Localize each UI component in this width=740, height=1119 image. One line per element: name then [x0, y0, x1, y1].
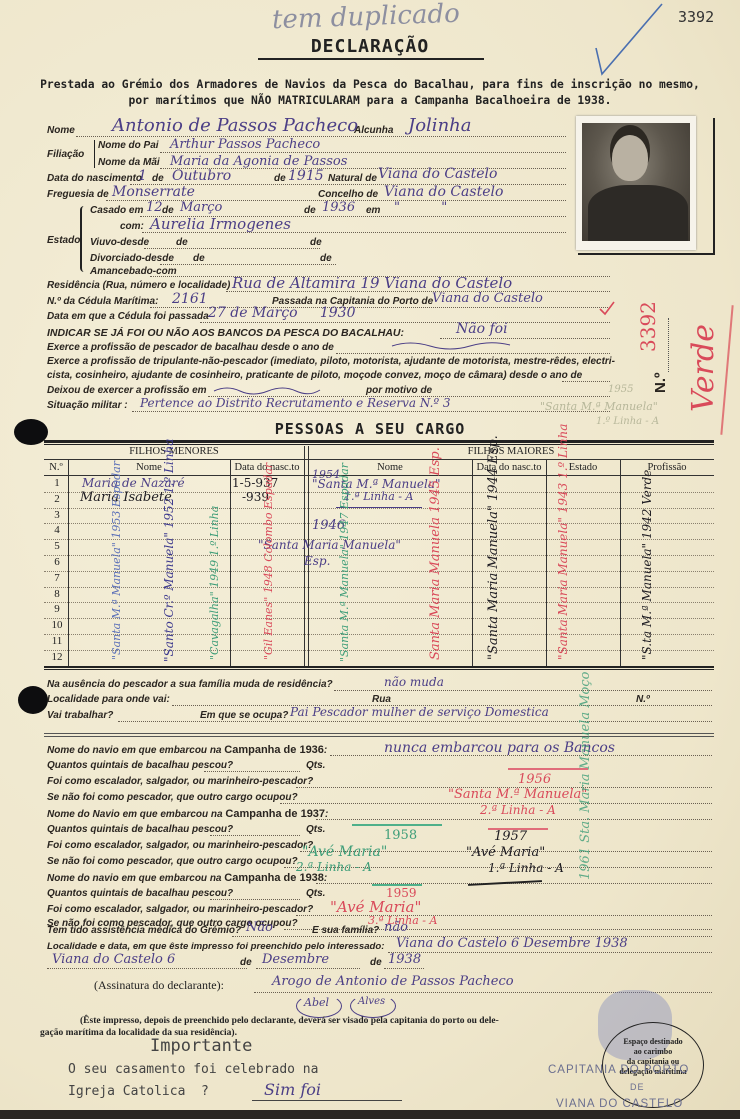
green-1958-ship: "Avé Maria" [302, 844, 387, 860]
de-label: de [193, 253, 205, 264]
concelho-label: Concelho de [318, 189, 378, 200]
stamp-text: Espaço destinado [603, 1037, 703, 1046]
pai-label: Nome do Pai [98, 140, 159, 151]
stamp-text: ao carimbo [603, 1047, 703, 1056]
qts-label: Qts. [306, 888, 325, 899]
green-vertical-note: 1961 Sta. Maria Manuela Moço [578, 672, 593, 880]
witness-2: Alves [358, 996, 385, 1007]
table-row-number: 9 [46, 603, 68, 615]
localidade-data-value: Viana do Castelo 6 Desembre 1938 [396, 936, 628, 951]
viuvo-label: Viuvo-desde [90, 237, 149, 248]
de-label: de [304, 205, 316, 216]
nascimento-label: Data do nascimento [47, 173, 142, 184]
ink-blot [18, 686, 48, 714]
stamp-de: DE [630, 1082, 645, 1092]
table-row-line [44, 571, 714, 572]
black-1957-line: 1.ª Linha - A [488, 861, 564, 875]
residencia-label: Residência (Rua, número e localidade) [47, 280, 230, 291]
escalador-label: Foi como escalador, salgador, ou marinhe… [47, 840, 313, 851]
navio1937-row: Nome do Navio em que embarcou na Campanh… [47, 808, 328, 820]
muda-value: não muda [384, 675, 444, 689]
red-1956-year: 1956 [518, 772, 551, 787]
casado-ano: 1936 [322, 200, 355, 215]
menor-2-nome: Maria Isabete [80, 490, 172, 505]
casado-em-value: " " [394, 200, 447, 215]
table-row-line [44, 602, 714, 603]
de-label: de [240, 957, 252, 968]
data-cedula-label: Data em que a Cédula foi passada [47, 311, 209, 322]
quintais-label: Quantos quintais de bacalhau pescou? [47, 888, 233, 899]
indicar-value: Não foi [456, 321, 508, 337]
navio-1936-label: Nome do navio em que embarcou na [47, 745, 221, 756]
maiores-line-1954: 1.ª Linha - A [344, 490, 413, 503]
table-row-number: 6 [46, 556, 68, 568]
divorciado-label: Divorciado-desde [90, 253, 174, 264]
table-row-line [44, 634, 714, 635]
witness-1: Abel [304, 996, 329, 1009]
mae-value: Maria da Agonia de Passos [170, 154, 347, 169]
assistencia-value: Não [246, 920, 273, 935]
qts-label: Qts. [306, 760, 325, 771]
vertical-note: "Cavagalha" 1949 1.º Linha [208, 506, 221, 660]
casado-label: Casado em [90, 205, 143, 216]
pai-value: Arthur Passos Pacheco [170, 137, 320, 152]
de-label: de [152, 173, 164, 184]
com-label: com: [120, 221, 144, 232]
cedula-value: 2161 [172, 291, 208, 307]
maiores-ship-1946: "Santa Maria Manuela" [258, 538, 401, 552]
black-1957-ship: "Avé Maria" [466, 845, 545, 860]
table-row-number: 5 [46, 540, 68, 552]
red-1956-ship: "Santa M.ª Manuela" [448, 787, 587, 802]
trabalhar-label: Vai trabalhar? [47, 710, 113, 721]
table-row-line [44, 650, 714, 651]
de-label: de [320, 253, 332, 264]
maiores-role-1946: Esp. [304, 554, 330, 568]
outro-cargo-label: Se não foi como pescador, que outro carg… [47, 792, 298, 803]
portrait-photo [576, 116, 696, 250]
pencil-note-ship: "Santa M.ª Manuela" [540, 400, 658, 413]
pencil-note-year: 1955 [608, 384, 633, 395]
side-number-label: N.º [652, 373, 669, 393]
rua-label: Rua [372, 694, 391, 705]
natural-label: Natural de [328, 173, 377, 184]
subtitle-line-2: por marítimos que NÃO MATRICULARAM para … [0, 94, 740, 107]
de-label: de [176, 237, 188, 248]
nome-value: Antonio de Passos Pacheco [112, 115, 358, 136]
residencia-value: Rua de Altamira 19 Viana do Castelo [232, 274, 512, 292]
table-row-number: 2 [46, 493, 68, 505]
red-1956-line: 2.ª Linha - A [480, 803, 556, 817]
red-check-icon [598, 300, 616, 316]
muda-label: Na ausência do pescador a sua família mu… [47, 679, 333, 690]
table-row-number: 10 [46, 619, 68, 631]
table-row-number: 1 [46, 477, 68, 489]
navio1937-label: Nome do Navio em que embarcou na [47, 809, 223, 820]
escalador-label: Foi como escalador, salgador, ou marinhe… [47, 904, 313, 915]
navio1937-campanha: Campanha de 1937 [225, 808, 325, 820]
scribble-dash [390, 338, 520, 352]
natural-value: Viana do Castelo [378, 166, 497, 182]
localidade-data-label: Localidade e data, em que êste impresso … [47, 941, 384, 952]
side-number: 3392 [636, 301, 660, 352]
motivo-label: por motivo de [366, 385, 432, 396]
filiacao-label: Filiação [47, 149, 84, 160]
freguesia-value: Monserrate [112, 184, 195, 200]
maiores-ship-1954: "Santa M.ª Manuela" [312, 477, 441, 491]
exerce-tripulante-label-1: Exerce a profissão de tripulante-não-pes… [47, 356, 615, 367]
importante-answer: Sim foi [264, 1080, 321, 1099]
verde-annotation: Verde [686, 324, 721, 412]
stamp-capitania: CAPITANIA DO PORTO [548, 1064, 689, 1076]
data-cedula-value: 27 de Março 1930 [208, 305, 356, 321]
ano-value: 1938 [388, 952, 421, 967]
section-title-dependents: PESSOAS A SEU CARGO [0, 420, 740, 438]
deixou-label: Deixou de exercer a profissão em [47, 385, 207, 396]
declaration-form: tem duplicado 3392 DECLARAÇÃO Prestada a… [0, 0, 740, 1110]
militar-label: Situação militar : [47, 400, 128, 411]
vertical-note: "Santa Maria Manuela" 1943 1.º Linha [556, 424, 570, 660]
de-label: de [370, 957, 382, 968]
local-value: Viana do Castelo 6 [52, 952, 175, 967]
militar-value: Pertence ao Distrito Recrutamento e Rese… [140, 396, 451, 410]
vertical-note: "S.ta M.ª Manuela" 1942 Verde [640, 470, 654, 660]
table-row-line [44, 523, 714, 524]
ocupa-value: Pai Pescador mulher de serviço Domestica [290, 705, 549, 719]
nasc-dia: 1 [138, 168, 147, 184]
concelho-value: Viana do Castelo [384, 184, 503, 200]
importante-question-1: O seu casamento foi celebrado na [68, 1062, 318, 1077]
table-row-number: 4 [46, 524, 68, 536]
col-nome-menores: Nome [68, 462, 230, 473]
numero-label: N.º [636, 694, 650, 705]
capitania-value: Viana do Castelo [432, 291, 543, 306]
vertical-note: "Santa M.ª Manuela" 1947 Espadar [338, 463, 351, 662]
subtitle-line-1: Prestada ao Grémio dos Armadores de Navi… [0, 78, 740, 91]
vertical-note: "Santa Maria Manuela" 1944 Esp. [486, 435, 501, 660]
table-row-number: 12 [46, 651, 68, 663]
quintais-label: Quantos quintais de bacalhau pescou? [47, 760, 233, 771]
col-data-maiores: Data do nasc.to [472, 462, 546, 473]
em-label: em [366, 205, 380, 216]
top-annotation: tem duplicado [272, 0, 461, 35]
document-number: 3392 [678, 8, 714, 26]
nome-label: Nome [47, 125, 75, 136]
table-row-number: 11 [46, 635, 68, 647]
quintais-label: Quantos quintais de bacalhau pescou? [47, 824, 233, 835]
importante-title: Importante [150, 1036, 252, 1056]
escalador-label: Foi como escalador, salgador, ou marinhe… [47, 776, 313, 787]
table-row-number: 3 [46, 509, 68, 521]
alcunha-value: Jolinha [408, 115, 471, 136]
estado-label: Estado [47, 235, 80, 246]
cedula-label: N.º da Cédula Marítima: [47, 296, 158, 307]
nota-line-1: (Êste impresso, depois de preenchido pel… [80, 1016, 499, 1026]
de-label: de [310, 237, 322, 248]
vertical-note: "Gil Eanes" 1948 Colombo Espadar [262, 463, 275, 660]
col-no: N.º [44, 462, 68, 473]
vertical-note: "Santo Cr.º Manuela" 1952 1.º Linha [162, 439, 176, 662]
assinatura-label: (Assinatura do declarante): [94, 978, 224, 993]
table-row-number: 7 [46, 572, 68, 584]
familia-value: não [384, 920, 408, 935]
page-title: DECLARAÇÃO [0, 36, 740, 57]
vertical-note: "Santa M.ª Manuela" 1953 Espadar [110, 461, 123, 660]
table-row-line [44, 587, 714, 588]
table-row-line [44, 555, 714, 556]
casado-mes: Março [180, 200, 222, 215]
familia-label: E sua família? [312, 925, 379, 936]
col-profissao: Profissão [620, 462, 714, 473]
exerce-tripulante-label-2: cista, cosinheiro, ajudante de cosinheir… [47, 370, 582, 381]
navio1938-row: Nome do navio em que embarcou na Campanh… [47, 872, 327, 884]
group-maiores: FILHOS MAIORES [308, 446, 714, 457]
mae-label: Nome da Mãi [98, 157, 160, 168]
localidade-label: Localidade para onde vai: [47, 694, 170, 705]
green-1958-year: 1958 [384, 828, 417, 843]
assinatura-value: Arogo de Antonio de Passos Pacheco [272, 974, 514, 989]
ocupa-label: Em que se ocupa? [200, 710, 288, 721]
navio1938-label: Nome do navio em que embarcou na [47, 873, 221, 884]
com-value: Aurelia Irmogenes [150, 215, 291, 233]
casado-dia: 12 [146, 200, 163, 215]
stamp-viana: VIANA DO CASTELO [556, 1098, 683, 1110]
nasc-mes: Outubro [172, 168, 231, 184]
exerce-pescador-label: Exerce a profissão de pescador de bacalh… [47, 342, 334, 353]
green-1958-line: 2.ª Linha - A [296, 860, 372, 874]
de-label: de [274, 173, 286, 184]
alcunha-label: Alcunha [354, 125, 393, 136]
vertical-note: Santa Maria Manuela 1945 Esp. [428, 447, 443, 660]
title-underline [258, 58, 484, 60]
freguesia-label: Freguesia de [47, 189, 109, 200]
assistencia-label: Tem tido assistência médica do Grémio? [47, 925, 241, 936]
table-row-number: 8 [46, 588, 68, 600]
black-1957-year: 1957 [494, 829, 527, 844]
table-row-line [44, 618, 714, 619]
indicar-label: INDICAR SE JÁ FOI OU NÃO AOS BANCOS DA P… [47, 327, 404, 339]
importante-question-2: Igreja Catolica ? [68, 1084, 209, 1099]
mes-value: Desembre [262, 952, 329, 967]
campanha-1936: Campanha de 1936 [224, 744, 324, 756]
nasc-ano: 1915 [288, 168, 324, 184]
outro-cargo-label: Se não foi como pescador, que outro carg… [47, 856, 298, 867]
qts-label: Qts. [306, 824, 325, 835]
scribble-dash [212, 384, 322, 396]
